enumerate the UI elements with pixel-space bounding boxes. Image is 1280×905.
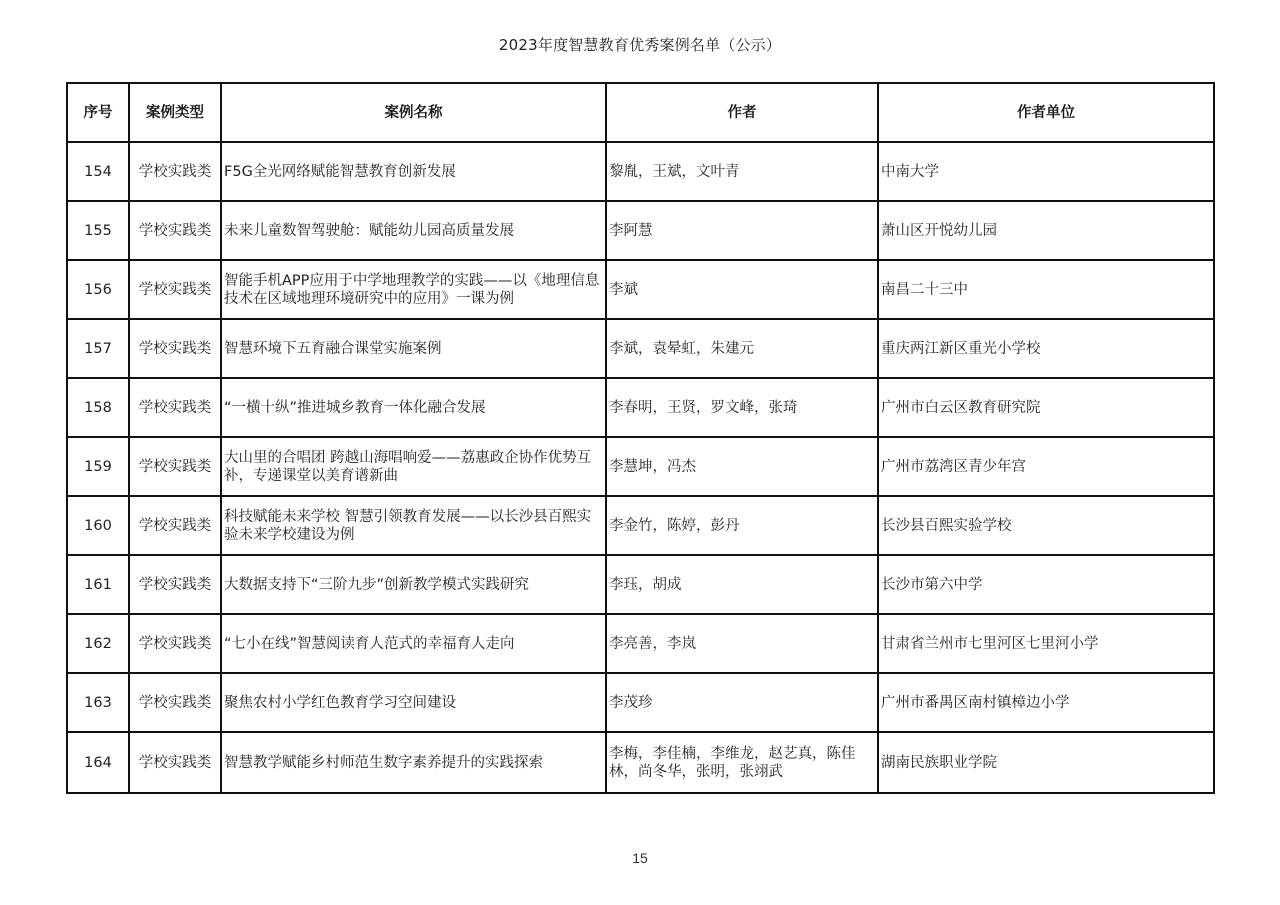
cell-unit: 萧山区开悦幼儿园 <box>878 201 1214 260</box>
cell-name: 智慧环境下五育融合课堂实施案例 <box>221 319 606 378</box>
cell-unit: 甘肃省兰州市七里河区七里河小学 <box>878 614 1214 673</box>
cell-name: 大山里的合唱团 跨越山海唱响爱——荔惠政企协作优势互补，专递课堂以美育谱新曲 <box>221 437 606 496</box>
cell-name: 智慧教学赋能乡村师范生数字素养提升的实践探索 <box>221 732 606 793</box>
table-row: 160 学校实践类 科技赋能未来学校 智慧引领教育发展——以长沙县百熙实验未来学… <box>67 496 1214 555</box>
cell-type: 学校实践类 <box>129 673 221 732</box>
cell-no: 156 <box>67 260 129 319</box>
cell-author: 黎胤，王斌，文叶青 <box>606 142 878 201</box>
table-row: 159 学校实践类 大山里的合唱团 跨越山海唱响爱——荔惠政企协作优势互补，专递… <box>67 437 1214 496</box>
cell-unit: 长沙县百熙实验学校 <box>878 496 1214 555</box>
cell-author: 李亮善，李岚 <box>606 614 878 673</box>
cell-no: 160 <box>67 496 129 555</box>
cell-type: 学校实践类 <box>129 732 221 793</box>
table-header-row: 序号 案例类型 案例名称 作者 作者单位 <box>67 83 1214 142</box>
page-number: 15 <box>0 850 1280 866</box>
document-title: 2023年度智慧教育优秀案例名单（公示） <box>0 34 1280 55</box>
cell-unit: 广州市番禺区南村镇樟边小学 <box>878 673 1214 732</box>
cell-name: “七小在线”智慧阅读育人范式的幸福育人走向 <box>221 614 606 673</box>
cell-no: 155 <box>67 201 129 260</box>
cell-type: 学校实践类 <box>129 201 221 260</box>
cell-name: F5G全光网络赋能智慧教育创新发展 <box>221 142 606 201</box>
cell-author: 李阿慧 <box>606 201 878 260</box>
table-row: 162 学校实践类 “七小在线”智慧阅读育人范式的幸福育人走向 李亮善，李岚 甘… <box>67 614 1214 673</box>
table-row: 154 学校实践类 F5G全光网络赋能智慧教育创新发展 黎胤，王斌，文叶青 中南… <box>67 142 1214 201</box>
cell-unit: 长沙市第六中学 <box>878 555 1214 614</box>
cell-unit: 中南大学 <box>878 142 1214 201</box>
cell-type: 学校实践类 <box>129 260 221 319</box>
cell-no: 162 <box>67 614 129 673</box>
cell-author: 李金竹，陈婷，彭丹 <box>606 496 878 555</box>
cell-name: 未来儿童数智驾驶舱：赋能幼儿园高质量发展 <box>221 201 606 260</box>
header-name: 案例名称 <box>221 83 606 142</box>
cell-type: 学校实践类 <box>129 496 221 555</box>
cell-unit: 广州市荔湾区青少年宫 <box>878 437 1214 496</box>
cell-author: 李珏，胡成 <box>606 555 878 614</box>
cases-table: 序号 案例类型 案例名称 作者 作者单位 154 学校实践类 F5G全光网络赋能… <box>66 82 1215 794</box>
table-row: 164 学校实践类 智慧教学赋能乡村师范生数字素养提升的实践探索 李梅，李佳楠，… <box>67 732 1214 793</box>
cell-no: 159 <box>67 437 129 496</box>
cell-author: 李春明，王贤，罗文峰，张琦 <box>606 378 878 437</box>
header-unit: 作者单位 <box>878 83 1214 142</box>
table-row: 158 学校实践类 “一横十纵”推进城乡教育一体化融合发展 李春明，王贤，罗文峰… <box>67 378 1214 437</box>
table-row: 157 学校实践类 智慧环境下五育融合课堂实施案例 李斌，袁晕虹，朱建元 重庆两… <box>67 319 1214 378</box>
table-row: 156 学校实践类 智能手机APP应用于中学地理教学的实践——以《地理信息技术在… <box>67 260 1214 319</box>
cell-author: 李慧坤，冯杰 <box>606 437 878 496</box>
table-row: 163 学校实践类 聚焦农村小学红色教育学习空间建设 李茂珍 广州市番禺区南村镇… <box>67 673 1214 732</box>
cell-author: 李斌 <box>606 260 878 319</box>
cell-type: 学校实践类 <box>129 555 221 614</box>
cell-name: “一横十纵”推进城乡教育一体化融合发展 <box>221 378 606 437</box>
cell-author: 李梅，李佳楠，李维龙，赵艺真，陈佳林，尚冬华，张明，张翊武 <box>606 732 878 793</box>
cell-type: 学校实践类 <box>129 614 221 673</box>
cell-unit: 南昌二十三中 <box>878 260 1214 319</box>
cell-unit: 广州市白云区教育研究院 <box>878 378 1214 437</box>
cell-type: 学校实践类 <box>129 319 221 378</box>
cell-author: 李茂珍 <box>606 673 878 732</box>
cell-name: 大数据支持下“三阶九步”创新教学模式实践研究 <box>221 555 606 614</box>
header-type: 案例类型 <box>129 83 221 142</box>
cell-type: 学校实践类 <box>129 142 221 201</box>
cell-unit: 重庆两江新区重光小学校 <box>878 319 1214 378</box>
cell-no: 164 <box>67 732 129 793</box>
header-author: 作者 <box>606 83 878 142</box>
table-row: 161 学校实践类 大数据支持下“三阶九步”创新教学模式实践研究 李珏，胡成 长… <box>67 555 1214 614</box>
cell-author: 李斌，袁晕虹，朱建元 <box>606 319 878 378</box>
cell-name: 聚焦农村小学红色教育学习空间建设 <box>221 673 606 732</box>
cell-name: 科技赋能未来学校 智慧引领教育发展——以长沙县百熙实验未来学校建设为例 <box>221 496 606 555</box>
cell-no: 154 <box>67 142 129 201</box>
cell-name: 智能手机APP应用于中学地理教学的实践——以《地理信息技术在区域地理环境研究中的… <box>221 260 606 319</box>
table-row: 155 学校实践类 未来儿童数智驾驶舱：赋能幼儿园高质量发展 李阿慧 萧山区开悦… <box>67 201 1214 260</box>
cell-type: 学校实践类 <box>129 378 221 437</box>
cell-unit: 湖南民族职业学院 <box>878 732 1214 793</box>
header-no: 序号 <box>67 83 129 142</box>
cell-no: 158 <box>67 378 129 437</box>
cell-type: 学校实践类 <box>129 437 221 496</box>
cell-no: 157 <box>67 319 129 378</box>
cell-no: 161 <box>67 555 129 614</box>
cell-no: 163 <box>67 673 129 732</box>
